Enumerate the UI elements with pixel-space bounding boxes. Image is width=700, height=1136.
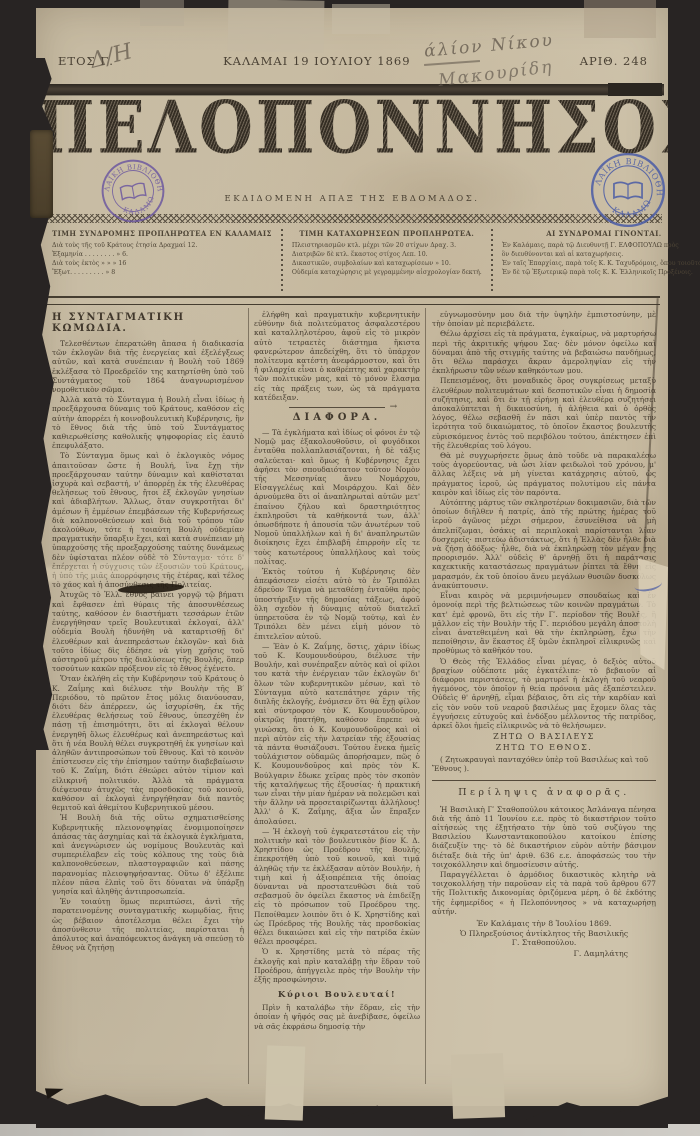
info-column-title: ΤΙΜΗ ΣΥΝΔΡΟΜΗΣ ΠΡΟΠΛΗΡΩΤΕΑ ΕΝ ΚΑΛΑΜΑΙΣ	[52, 229, 272, 238]
news-items: — Τὰ ἐγκλήματα καὶ ἰδίως οἱ φόνοι ἐν τῷ …	[254, 428, 420, 984]
paragraph: Πρὶν ἢ καταλάβω τὴν ἕδραν, εἰς τὴν ὁποία…	[254, 1003, 420, 1031]
paragraph: — Ἡ ἐκλογὴ τοῦ ἐγκρατεστάτου εἰς τὴν πολ…	[254, 827, 420, 947]
address-heading: Κύριοι Βουλευταί!	[254, 990, 420, 1000]
paragraph: Παραγγέλλεται ὁ ἁρμόδιος δικαστικὸς κλητ…	[432, 870, 656, 916]
notice-heading: Περίληψις ἀναφορᾶς.	[432, 787, 656, 798]
info-column-title: ΤΙΜΗ ΚΑΤΑΧΩΡΗΣΕΩΝ ΠΡΟΠΛΗΡΩΤΕΑ.	[292, 229, 482, 238]
info-row: Δικαστικῶν, συμβολαίων καὶ καταχωρίσεων …	[292, 259, 482, 268]
info-column-title: ΑΙ ΣΥΝΔΡΟΜΑΙ ΓΙΝΟΝΤΑΙ.	[502, 229, 700, 238]
paragraph: — Τὰ ἐγκλήματα καὶ ἰδίως οἱ φόνοι ἐν τῷ …	[254, 428, 420, 566]
info-row: Διατριβῶν δὲ κτλ. ἕκαστος στίχος Λεπ. 10…	[292, 250, 482, 259]
paragraph: εὐγνωμοσύνην μου διὰ τὴν ὑψηλὴν ἐμπιστοσ…	[432, 310, 656, 328]
paragraph: Αὐτόπτης μάρτυς τῶν σκληροτέρων δοκιμασι…	[432, 498, 656, 590]
info-row: Ἑξαμηνία . . . . . . . . » 6.	[52, 250, 272, 259]
speech-body: εὐγνωμοσύνην μου διὰ τὴν ὑψηλὴν ἐμπιστοσ…	[432, 310, 656, 730]
column-1: Η ΣΥΝΤΑΓΜΑΤΙΚΗ ΚΩΜΩΔΙΑ. Τελεσθέντων ἐπερ…	[50, 308, 248, 1084]
paragraph: Ἀτυχῶς τὸ Ἑλλ. ἔθνος βαίνει γοργῷ τῷ βήμ…	[52, 590, 244, 673]
article-body: Τελεσθέντων ἐπερατώθη ἅπασα ἡ διαδικασία…	[52, 339, 244, 952]
info-row: Διὰ τοὺς τῆς τοῦ Κράτους ἐτησία Δραχμαί …	[52, 241, 272, 250]
paragraph: Τελεσθέντων ἐπερατώθη ἅπασα ἡ διαδικασία…	[52, 339, 244, 394]
signature-agent: Γ. Δαμηλάτης	[432, 949, 628, 958]
article-continuation: ἐλήφθη καὶ πραγματικὴν κυβερνητικὴν εὐθύ…	[254, 310, 420, 402]
info-rows: Διὰ τοὺς τῆς τοῦ Κράτους ἐτησία Δραχμαί …	[52, 241, 272, 277]
paragraph: Ὁ κ. Χρηστίδης μετὰ τὸ πέρας τῆς ἐκλογῆς…	[254, 947, 420, 984]
issue-number: ΑΡΙΘ. 248	[580, 54, 648, 68]
signature-name: Γ. Σταθοπούλου.	[432, 938, 656, 947]
info-row: Διὰ τοὺς ἐκτὸς » » » 16	[52, 259, 272, 268]
paragraph: Εἶναι καιρὸς νὰ μεριμνήσωμεν σπουδαίως κ…	[432, 591, 656, 655]
paragraph: Ἐν τοιαύτῃ ὅμως περιπτώσει, ἀντὶ τῆς παρ…	[52, 897, 244, 952]
legal-notice: Περίληψις ἀναφορᾶς. Ἡ Βασιλικὴ Γ′ Σταθοπ…	[432, 780, 656, 958]
stage-direction: ( Ζητωκραυγαὶ πανταχόθεν ὑπὲρ τοῦ Βασιλέ…	[432, 755, 656, 773]
double-rule	[44, 296, 660, 305]
newspaper-sheet: ΕΤΟΣ Γ. ΚΑΛΑΜΑΙ 19 ΙΟΥΛΙΟΥ 1869 ΑΡΙΘ. 24…	[36, 8, 668, 1106]
subscription-info-bar: ΤΙΜΗ ΣΥΝΔΡΟΜΗΣ ΠΡΟΠΛΗΡΩΤΕΑ ΕΝ ΚΑΛΑΜΑΙΣ Δ…	[48, 227, 658, 293]
paragraph: Ἐκτὸς τούτου ἡ Κυβέρνησις δὲν ἀπεφάσισεν…	[254, 567, 420, 641]
info-rows: Ἐν Καλάμαις, παρὰ τῷ Διευθυντῇ Γ. ΕΛΦΟΠΟ…	[502, 241, 700, 277]
ornament-divider	[281, 229, 283, 291]
paragraph: Θέλω ἀρχίσει εἰς τὰ πράγματα, ἐγκαίρως, …	[432, 329, 656, 375]
paragraph: ἐλήφθη καὶ πραγματικὴν κυβερνητικὴν εὐθύ…	[254, 310, 420, 402]
newspaper-title: ΠΕΛΟΠΟΝΝΗΣΟΣ	[36, 92, 668, 164]
subscription-prices-column: ΤΙΜΗ ΣΥΝΔΡΟΜΗΣ ΠΡΟΠΛΗΡΩΤΕΑ ΕΝ ΚΑΛΑΜΑΙΣ Δ…	[48, 227, 276, 293]
notice-date: Ἐν Καλάμαις τὴν 8 Ἰουλίου 1869.	[432, 919, 656, 928]
paragraph: Ἀλλὰ κατὰ τὸ Σύνταγμα ἡ Βουλὴ εἶναι ἰδίω…	[52, 395, 244, 450]
info-row: Πλειστηριασμῶν κτλ. μέχρι τῶν 20 στίχων …	[292, 241, 482, 250]
column-2: ἐλήφθη καὶ πραγματικὴν κυβερνητικὴν εὐθύ…	[248, 308, 426, 1084]
info-row: Ἔξωτ. . . . . . . . . » 8	[52, 268, 272, 277]
insertion-prices-column: ΤΙΜΗ ΚΑΤΑΧΩΡΗΣΕΩΝ ΠΡΟΠΛΗΡΩΤΕΑ. Πλειστηρι…	[288, 227, 486, 293]
masthead-info-row: ΕΤΟΣ Γ. ΚΑΛΑΜΑΙ 19 ΙΟΥΛΙΟΥ 1869 ΑΡΙΘ. 24…	[58, 54, 648, 68]
paragraph: Τὸ Σύνταγμα ὅμως καὶ ὁ ἐκλογικὸς νόμος ἀ…	[52, 451, 244, 589]
newspaper-subtitle: ΕΚΔΙΔΟΜΕΝΗ ΑΠΑΞ ΤΗΣ ΕΒΔΟΜΑΔΟΣ.	[36, 194, 668, 204]
cheer-line: ΖΗΤΩ ΤΟ ΕΘΝΟΣ.	[432, 743, 656, 752]
subscription-offices-column: ΑΙ ΣΥΝΔΡΟΜΑΙ ΓΙΝΟΝΤΑΙ. Ἐν Καλάμαις, παρὰ…	[498, 227, 700, 293]
info-row: Ἐν δὲ τῷ Ἐξωτερικῷ παρὰ τοῖς Κ. Κ. Ἑλλην…	[502, 268, 700, 277]
paragraph: Θὰ μὲ συγχωρήσετε ὅμως ἀπὸ τοῦδε νὰ παρα…	[432, 451, 656, 497]
arrow-icon: →	[390, 402, 398, 412]
info-rows: Πλειστηριασμῶν κτλ. μέχρι τῶν 20 στίχων …	[292, 241, 482, 277]
ornamental-border	[42, 214, 662, 223]
column-3: εὐγνωμοσύνην μου διὰ τὴν ὑψηλὴν ἐμπιστοσ…	[426, 308, 656, 1084]
year-label: ΕΤΟΣ Γ.	[58, 54, 114, 68]
info-row: ὃν διευθύνονται καὶ αἱ καταχωρήσεις.	[502, 250, 700, 259]
address-body: Πρὶν ἢ καταλάβω τὴν ἕδραν, εἰς τὴν ὁποία…	[254, 1003, 420, 1031]
article-columns: Η ΣΥΝΤΑΓΜΑΤΙΚΗ ΚΩΜΩΔΙΑ. Τελεσθέντων ἐπερ…	[50, 308, 656, 1084]
paragraph: Ἡ Βουλὴ διὰ τῆς οὕτω σχηματισθείσης Κυβε…	[52, 813, 244, 896]
dateline: ΚΑΛΑΜΑΙ 19 ΙΟΥΛΙΟΥ 1869	[223, 54, 410, 68]
notice-body: Ἡ Βασιλικὴ Γ′ Σταθοπούλου κάτοικος Ἀσλάν…	[432, 805, 656, 916]
info-row: Ἐν Καλάμαις, παρὰ τῷ Διευθυντῇ Γ. ΕΛΦΟΠΟ…	[502, 241, 700, 250]
info-row: Οὐδεμία καταχώρησις μὲ γεγραμμένην αἰσχρ…	[292, 268, 482, 277]
ornament-divider	[491, 229, 493, 291]
paragraph: — Ἐὰν ὁ Κ. Ζαΐμης, ὅστις, χάριν ἰδίως το…	[254, 642, 420, 826]
signature-role: Ὁ Πληρεξούσιος ἀντίκλητος τῆς Βασιλικῆς	[432, 929, 656, 938]
paragraph: Ὅταν ἐκλήθη εἰς τὴν Κυβέρνησιν τοῦ Κράτο…	[52, 674, 244, 812]
newspaper-scan-page: ΕΤΟΣ Γ. ΚΑΛΑΜΑΙ 19 ΙΟΥΛΙΟΥ 1869 ΑΡΙΘ. 24…	[0, 0, 700, 1136]
paragraph: Ἡ Βασιλικὴ Γ′ Σταθοπούλου κάτοικος Ἀσλάν…	[432, 805, 656, 869]
paragraph: Πεπεισμένος, ὅτι μοναδικὸς ὅρος συγκρίσε…	[432, 376, 656, 450]
info-row: Ἐν ταῖς Ἐπαρχίαις, παρὰ τοῖς Κ. Κ. Ταχυδ…	[502, 259, 700, 268]
end-of-article-rule: →	[289, 407, 385, 409]
paragraph: Ὁ Θεὸς τῆς Ἑλλάδος εἶναι μέγας, ὁ δεξιὸς…	[432, 657, 656, 731]
section-heading-diafora: ΔΙΑΦΟΡΑ.	[254, 412, 420, 423]
cheer-line: ΖΗΤΩ Ο ΒΑΣΙΛΕΥΣ	[432, 732, 656, 741]
article-heading: Η ΣΥΝΤΑΓΜΑΤΙΚΗ ΚΩΜΩΔΙΑ.	[52, 312, 244, 334]
scanner-bed-strip	[0, 1124, 700, 1136]
